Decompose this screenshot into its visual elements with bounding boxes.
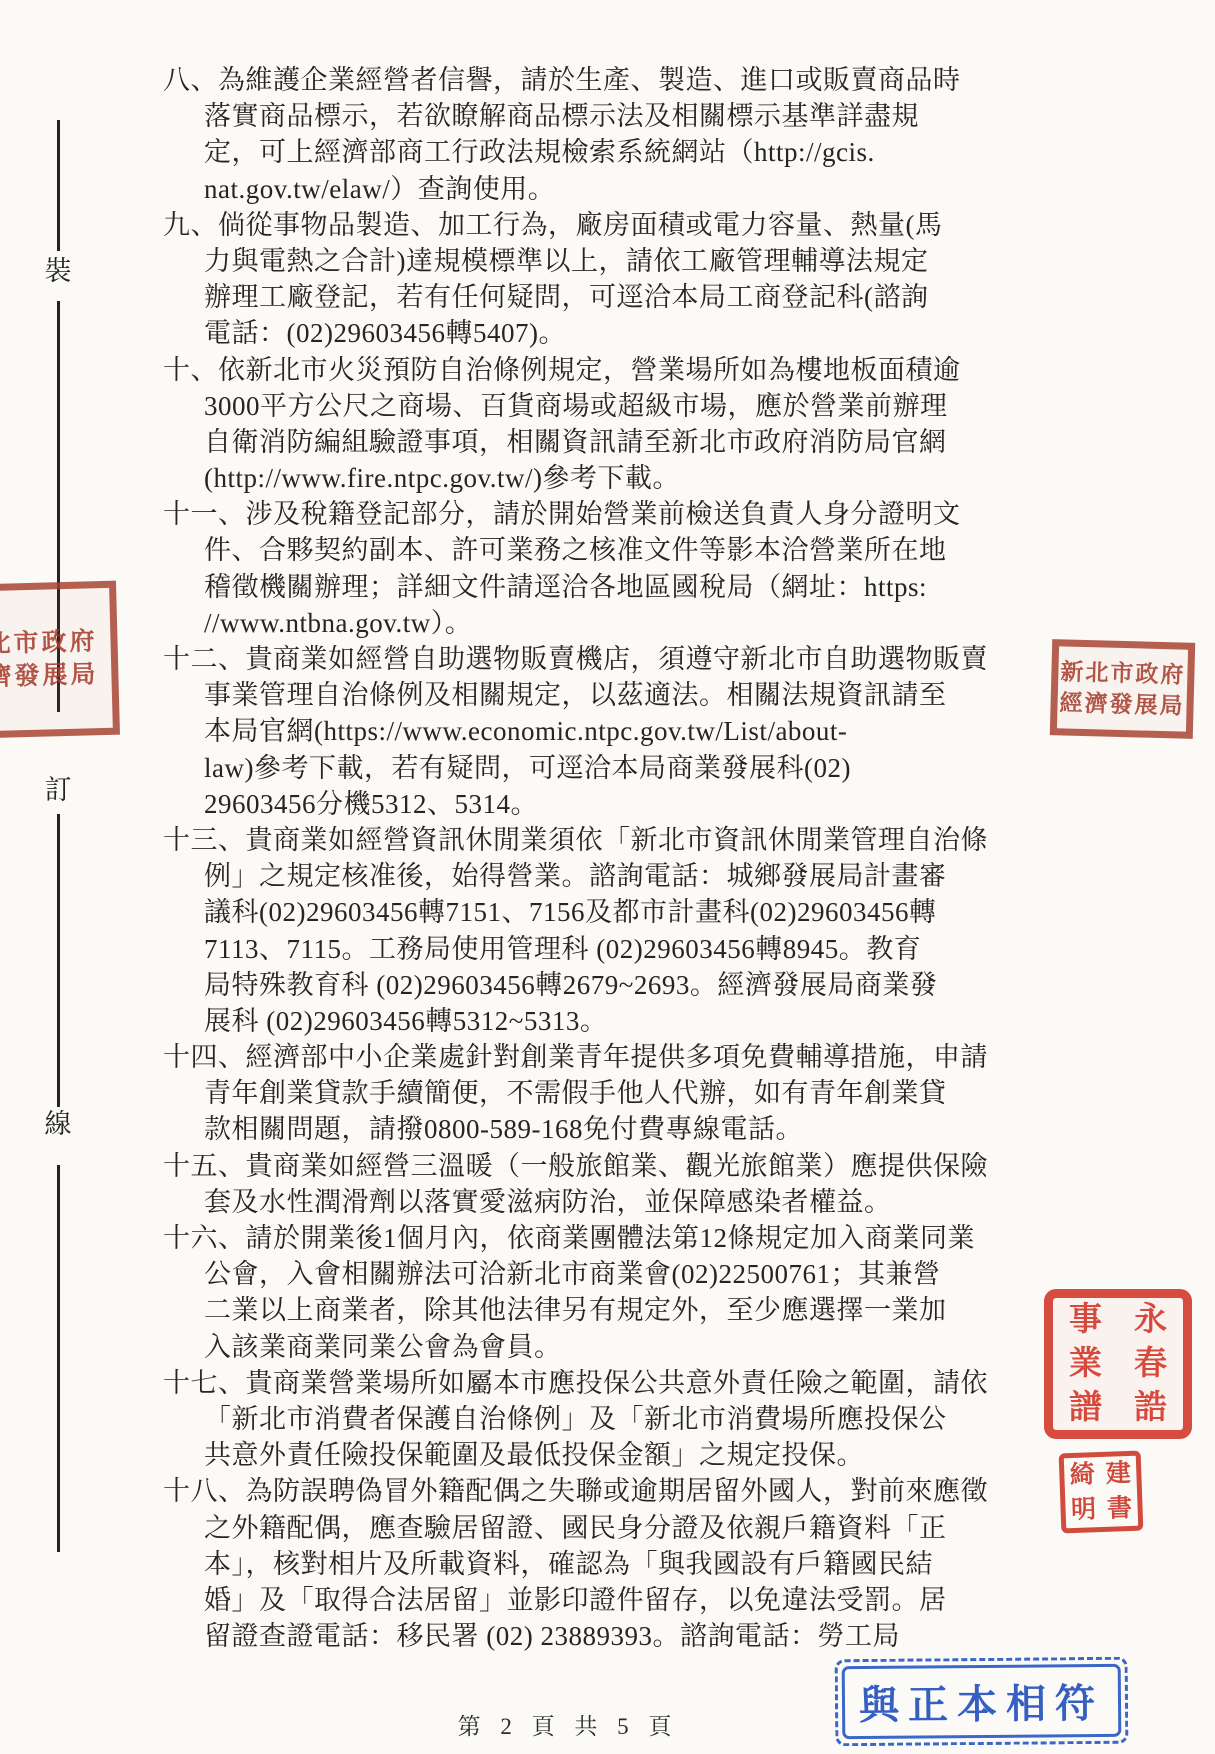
seal-character: 春	[1134, 1347, 1167, 1381]
company-red-seal: 事永業春譜誥	[1044, 1289, 1192, 1439]
document-body: 八、為維護企業經營者信譽，請於生產、製造、進口或販賣商品時落實商品標示，若欲瞭解…	[163, 62, 993, 1654]
binding-line-segment	[57, 120, 60, 251]
notice-line: 套及水性潤滑劑以落實愛滋病防治，並保障感染者權益。	[163, 1184, 993, 1220]
notice-line: 議科(02)29603456轉7151、7156及都市計畫科(02)296034…	[163, 894, 993, 930]
notice-line: 事業管理自治條例及相關規定，以茲適法。相關法規資訊請至	[163, 677, 993, 713]
notice-line: 留證查證電話：移民署 (02) 23889393。諮詢電話：勞工局	[163, 1618, 993, 1654]
binding-line-segment	[57, 1165, 60, 1552]
notice-line: 十六、請於開業後1個月內，依商業團體法第12條規定加入商業同業	[163, 1220, 993, 1256]
notice-line: 婚」及「取得合法居留」並影印證件留存，以免違法受罰。居	[163, 1582, 993, 1618]
binding-line-segment	[57, 301, 60, 712]
notice-line: law)參考下載，若有疑問，可逕洽本局商業發展科(02)	[163, 750, 993, 786]
seal-character: 永	[1134, 1303, 1167, 1337]
notice-line: 入該業商業同業公會為會員。	[163, 1329, 993, 1365]
notice-line: 展科 (02)29603456轉5312~5313。	[163, 1003, 993, 1039]
notice-line: 十一、涉及稅籍登記部分，請於開始營業前檢送負責人身分證明文	[163, 496, 993, 532]
notice-line: 十七、貴商業營業場所如屬本市應投保公共意外責任險之範圍，請依	[163, 1365, 993, 1401]
notice-line: 本局官網(https://www.economic.ntpc.gov.tw/Li…	[163, 713, 993, 749]
notice-line: //www.ntbna.gov.tw）。	[163, 605, 993, 641]
notice-line: 例」之規定核准後，始得營業。諮詢電話：城鄉發展局計畫審	[163, 858, 993, 894]
notice-line: 十二、貴商業如經營自助選物販賣機店，須遵守新北市自助選物販賣	[163, 641, 993, 677]
notice-line: 7113、7115。工務局使用管理科 (02)29603456轉8945。教育	[163, 931, 993, 967]
notice-line: 之外籍配偶，應查驗居留證、國民身分證及依親戶籍資料「正	[163, 1510, 993, 1546]
notice-line: 「新北市消費者保護自治條例」及「新北市消費場所應投保公	[163, 1401, 993, 1437]
notice-list: 八、為維護企業經營者信譽，請於生產、製造、進口或販賣商品時落實商品標示，若欲瞭解…	[163, 62, 993, 1654]
notice-line: 件、合夥契約副本、許可業務之核准文件等影本洽營業所在地	[163, 532, 993, 568]
seal-row-text: 新北市政府	[0, 625, 98, 662]
notice-line: 定，可上經濟部商工行政法規檢索系統網站（http://gcis.	[163, 134, 993, 170]
notice-line: 二業以上商業者，除其他法律另有規定外，至少應選擇一業加	[163, 1292, 993, 1328]
notice-line: 電話：(02)29603456轉5407)。	[163, 315, 993, 351]
seal-row-text: 經濟發展局	[0, 658, 99, 695]
seal-row-text: 經濟發展局	[1059, 687, 1185, 721]
seal-character: 譜	[1069, 1391, 1102, 1425]
seal-character: 明	[1071, 1497, 1097, 1524]
seal-character: 書	[1107, 1495, 1133, 1522]
seal-character: 事	[1069, 1303, 1102, 1337]
page-number-footer: 第 2 頁 共 5 頁	[163, 1708, 973, 1741]
notice-line: 局特殊教育科 (02)29603456轉2679~2693。經濟發展局商業發	[163, 967, 993, 1003]
notice-line: 公會，入會相關辦法可洽新北市商業會(02)22500761；其兼營	[163, 1256, 993, 1292]
notice-line: 九、倘從事物品製造、加工行為，廠房面積或電力容量、熱量(馬	[163, 207, 993, 243]
notice-line: 十五、貴商業如經營三溫暖（一般旅館業、觀光旅館業）應提供保險	[163, 1148, 993, 1184]
personal-name-seal: 綺建明書	[1059, 1451, 1144, 1534]
seal-character: 綺	[1069, 1462, 1095, 1489]
notice-line: 力與電熱之合計)達規模標準以上，請依工廠管理輔導法規定	[163, 243, 993, 279]
notice-line: 十、依新北市火災預防自治條例規定，營業場所如為樓地板面積逾	[163, 352, 993, 388]
notice-line: 十八、為防誤聘偽冒外籍配偶之失聯或逾期居留外國人，對前來應徵	[163, 1473, 993, 1509]
notice-line: 稽徵機關辦理；詳細文件請逕洽各地區國稅局（網址：https:	[163, 569, 993, 605]
seal-row-text: 新北市政府	[1060, 656, 1186, 690]
notice-line: (http://www.fire.ntpc.gov.tw/)參考下載。	[163, 460, 993, 496]
office-red-seal-right: 新北市政府經濟發展局	[1050, 639, 1195, 739]
notice-line: 辦理工廠登記，若有任何疑問，可逕洽本局工商登記科(諮詢	[163, 279, 993, 315]
binding-line-segment	[57, 814, 60, 1107]
notice-line: 落實商品標示，若欲瞭解商品標示法及相關標示基準詳盡規	[163, 98, 993, 134]
notice-line: 自衛消防編組驗證事項，相關資訊請至新北市政府消防局官網	[163, 424, 993, 460]
seal-character: 誥	[1134, 1391, 1167, 1425]
binding-mark-xian: 線	[39, 1102, 77, 1141]
notice-line: 3000平方公尺之商場、百貨商場或超級市場，應於營業前辦理	[163, 388, 993, 424]
notice-line: 十三、貴商業如經營資訊休閒業須依「新北市資訊休閒業管理自治條	[163, 822, 993, 858]
notice-line: 29603456分機5312、5314。	[163, 786, 993, 822]
notice-line: 本」，核對相片及所載資料，確認為「與我國設有戶籍國民結	[163, 1546, 993, 1582]
notice-line: 八、為維護企業經營者信譽，請於生產、製造、進口或販賣商品時	[163, 62, 993, 98]
seal-character: 業	[1069, 1347, 1102, 1381]
seal-character: 建	[1105, 1460, 1131, 1487]
scanned-document-page: 裝 訂 線 八、為維護企業經營者信譽，請於生產、製造、進口或販賣商品時落實商品標…	[0, 0, 1215, 1754]
notice-line: 十四、經濟部中小企業處針對創業青年提供多項免費輔導措施，申請	[163, 1039, 993, 1075]
notice-line: nat.gov.tw/elaw/）查詢使用。	[163, 171, 993, 207]
notice-line: 款相關問題，請撥0800-589-168免付費專線電話。	[163, 1111, 993, 1147]
notice-line: 共意外責任險投保範圍及最低投保金額」之規定投保。	[163, 1437, 993, 1473]
binding-mark-ding: 訂	[39, 768, 77, 807]
notice-line: 青年創業貸款手續簡便，不需假手他人代辦，如有青年創業貸	[163, 1075, 993, 1111]
binding-mark-zhuang: 裝	[39, 249, 77, 288]
